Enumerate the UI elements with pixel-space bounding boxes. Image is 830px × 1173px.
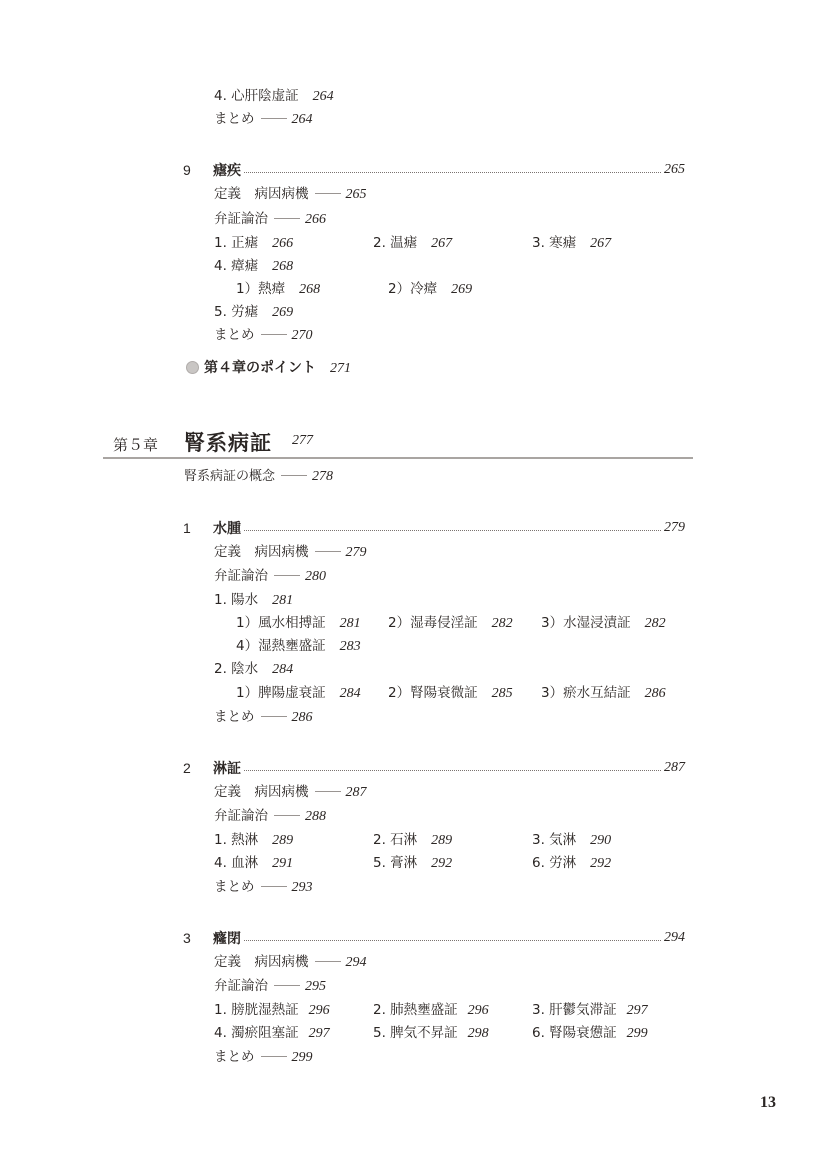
entry-label: 定義 病因病機 — [214, 954, 309, 970]
toc-entry[interactable]: 4. 心肝陰虚証264 — [214, 87, 334, 106]
dotted-leader — [244, 530, 661, 531]
entry-label: 3）瘀水互結証 — [541, 685, 631, 701]
entry-label: 4. 血淋 — [214, 855, 258, 871]
page-number: 278 — [312, 469, 333, 484]
toc-entry[interactable]: 弁証論治295 — [214, 977, 326, 996]
entry-label: 5. 労瘧 — [214, 304, 258, 320]
chapter-points-entry[interactable]: 第４章のポイント271 — [186, 358, 351, 378]
entry-label: 2）腎陽衰微証 — [388, 685, 478, 701]
page-number: 282 — [645, 616, 666, 631]
page-number: 265 — [346, 187, 367, 202]
toc-entry-summary[interactable]: まとめ293 — [214, 878, 313, 897]
folio-page-number: 13 — [760, 1094, 776, 1112]
dotted-leader — [244, 770, 661, 771]
entry-label: 1. 陽水 — [214, 592, 258, 608]
page-number: 284 — [272, 662, 293, 677]
entry-label: 2. 温瘧 — [373, 235, 417, 251]
toc-entry-summary[interactable]: まとめ270 — [214, 326, 313, 345]
entry-label: まとめ — [214, 709, 255, 725]
page-number: 269 — [451, 282, 472, 297]
leader-dash — [261, 886, 287, 887]
leader-dash — [274, 985, 300, 986]
toc-subentry[interactable]: 3）水湿浸漬証282 — [541, 614, 666, 633]
toc-entry[interactable]: 1. 陽水281 — [214, 591, 293, 610]
entry-label: 弁証論治 — [214, 568, 268, 584]
page-number: 294 — [664, 930, 685, 946]
entry-label: まとめ — [214, 327, 255, 343]
entry-label: 3. 気淋 — [532, 832, 576, 848]
page-number: 282 — [492, 616, 513, 631]
entry-label: 2）湿毒侵淫証 — [388, 615, 478, 631]
page-number: 289 — [272, 833, 293, 848]
toc-entry[interactable]: 3. 気淋290 — [532, 831, 611, 850]
page-number: 288 — [305, 809, 326, 824]
page-number: 297 — [627, 1003, 648, 1018]
entry-label: 3. 寒瘧 — [532, 235, 576, 251]
entry-label: 弁証論治 — [214, 808, 268, 824]
section-number: 3 — [183, 930, 213, 946]
toc-entry-summary[interactable]: まとめ286 — [214, 708, 313, 727]
entry-label: まとめ — [214, 111, 255, 127]
toc-entry[interactable]: 5. 脾気不昇証298 — [373, 1024, 489, 1043]
leader-dash — [274, 218, 300, 219]
leader-dash — [261, 1056, 287, 1057]
page-number: 280 — [305, 569, 326, 584]
section-number: 9 — [183, 162, 213, 178]
page-number: 267 — [590, 236, 611, 251]
entry-label: 2. 石淋 — [373, 832, 417, 848]
leader-dash — [315, 193, 341, 194]
toc-entry[interactable]: 定義 病因病機294 — [214, 953, 367, 972]
toc-entry[interactable]: 弁証論治288 — [214, 807, 326, 826]
chapter-label: 第５章 — [113, 434, 158, 455]
page-number: 294 — [346, 955, 367, 970]
entry-label: 4）湿熱壅盛証 — [236, 638, 326, 654]
toc-entry[interactable]: 2. 温瘧267 — [373, 234, 452, 253]
entry-label: 5. 膏淋 — [373, 855, 417, 871]
page-number: 284 — [340, 686, 361, 701]
page-number: 270 — [292, 328, 313, 343]
entry-label: 6. 腎陽衰憊証 — [532, 1025, 617, 1041]
toc-subentry[interactable]: 1）熱瘴268 — [236, 280, 320, 299]
entry-label: まとめ — [214, 879, 255, 895]
entry-label: 4. 心肝陰虚証 — [214, 88, 299, 104]
page-number: 285 — [492, 686, 513, 701]
toc-entry[interactable]: 4. 瘴瘧268 — [214, 257, 293, 276]
toc-entry-summary[interactable]: まとめ299 — [214, 1048, 313, 1067]
leader-dash — [274, 815, 300, 816]
entry-label: 2. 肺熱壅盛証 — [373, 1002, 458, 1018]
page-number: 292 — [431, 856, 452, 871]
section-title: 瘧疾 — [213, 160, 241, 180]
page-number: 287 — [664, 760, 685, 776]
section-title: 水腫 — [213, 518, 241, 538]
circle-bullet-icon — [186, 361, 199, 374]
toc-subentry[interactable]: 1）脾陽虚衰証284 — [236, 684, 361, 703]
page-number: 267 — [431, 236, 452, 251]
toc-entry[interactable]: 定義 病因病機265 — [214, 185, 367, 204]
page-number: 264 — [313, 89, 334, 104]
section-number: 1 — [183, 520, 213, 536]
section-heading[interactable]: 9 瘧疾 265 — [183, 161, 685, 179]
leader-dash — [261, 118, 287, 119]
page-number: 287 — [346, 785, 367, 800]
dotted-leader — [244, 172, 661, 173]
toc-entry-summary[interactable]: まとめ264 — [214, 110, 313, 129]
page-number: 296 — [468, 1003, 489, 1018]
page-number: 297 — [309, 1026, 330, 1041]
page-number: 289 — [431, 833, 452, 848]
page-number: 286 — [292, 710, 313, 725]
page-number: 279 — [346, 545, 367, 560]
page-number: 292 — [590, 856, 611, 871]
page-number: 279 — [664, 520, 685, 536]
page-number: 286 — [645, 686, 666, 701]
toc-subentry[interactable]: 2）冷瘴269 — [388, 280, 472, 299]
toc-entry[interactable]: 1. 正瘧266 — [214, 234, 293, 253]
leader-dash — [274, 575, 300, 576]
entry-label: 腎系病証の概念 — [184, 469, 275, 484]
entry-label: 1）熱瘴 — [236, 281, 285, 297]
page-number: 295 — [305, 979, 326, 994]
toc-entry[interactable]: 腎系病証の概念278 — [184, 468, 333, 486]
toc-subentry[interactable]: 3）瘀水互結証286 — [541, 684, 666, 703]
leader-dash — [281, 475, 307, 476]
entry-label: 弁証論治 — [214, 978, 268, 994]
page-number: 283 — [340, 639, 361, 654]
entry-label: 1. 熱淋 — [214, 832, 258, 848]
section-heading[interactable]: 1 水腫 279 — [183, 519, 685, 537]
page-number: 266 — [305, 212, 326, 227]
chapter-divider — [103, 457, 693, 459]
page-number: 268 — [299, 282, 320, 297]
entry-label: 2. 陰水 — [214, 661, 258, 677]
toc-subentry[interactable]: 4）湿熱壅盛証283 — [236, 637, 361, 656]
entry-label: 1）風水相搏証 — [236, 615, 326, 631]
toc-entry[interactable]: 弁証論治266 — [214, 210, 326, 229]
page-number: 298 — [468, 1026, 489, 1041]
page-number: 271 — [330, 361, 351, 376]
entry-label: 2）冷瘴 — [388, 281, 437, 297]
toc-entry[interactable]: 3. 寒瘧267 — [532, 234, 611, 253]
page-number: 264 — [292, 112, 313, 127]
section-heading[interactable]: 3 癃閉 294 — [183, 929, 685, 947]
chapter-title[interactable]: 腎系病証 — [184, 427, 272, 457]
toc-entry[interactable]: 2. 肺熱壅盛証296 — [373, 1001, 489, 1020]
entry-label: 3）水湿浸漬証 — [541, 615, 631, 631]
entry-label: 定義 病因病機 — [214, 784, 309, 800]
toc-subentry[interactable]: 2）腎陽衰微証285 — [388, 684, 513, 703]
page-number: 281 — [272, 593, 293, 608]
leader-dash — [261, 334, 287, 335]
page-number: 290 — [590, 833, 611, 848]
entry-label: 第４章のポイント — [204, 359, 316, 375]
toc-entry[interactable]: 弁証論治280 — [214, 567, 326, 586]
toc-entry[interactable]: 1. 膀胱湿熱証296 — [214, 1001, 330, 1020]
toc-page: 4. 心肝陰虚証264 まとめ264 9 瘧疾 265 定義 病因病機265 弁… — [0, 0, 830, 1173]
toc-entry[interactable]: 定義 病因病機279 — [214, 543, 367, 562]
toc-subentry[interactable]: 2）湿毒侵淫証282 — [388, 614, 513, 633]
entry-label: まとめ — [214, 1049, 255, 1065]
entry-label: 6. 労淋 — [532, 855, 576, 871]
entry-label: 5. 脾気不昇証 — [373, 1025, 458, 1041]
chapter-page-number: 277 — [292, 433, 313, 449]
page-number: 296 — [309, 1003, 330, 1018]
toc-entry[interactable]: 6. 労淋292 — [532, 854, 611, 873]
page-number: 293 — [292, 880, 313, 895]
section-title: 癃閉 — [213, 928, 241, 948]
entry-label: 1. 正瘧 — [214, 235, 258, 251]
leader-dash — [315, 961, 341, 962]
section-title: 淋証 — [213, 758, 241, 778]
toc-entry[interactable]: 4. 血淋291 — [214, 854, 293, 873]
leader-dash — [261, 716, 287, 717]
toc-entry[interactable]: 6. 腎陽衰憊証299 — [532, 1024, 648, 1043]
section-number: 2 — [183, 760, 213, 776]
page-number: 269 — [272, 305, 293, 320]
page-number: 281 — [340, 616, 361, 631]
page-number: 299 — [292, 1050, 313, 1065]
entry-label: 1. 膀胱湿熱証 — [214, 1002, 299, 1018]
toc-entry[interactable]: 1. 熱淋289 — [214, 831, 293, 850]
leader-dash — [315, 791, 341, 792]
section-heading[interactable]: 2 淋証 287 — [183, 759, 685, 777]
toc-entry[interactable]: 2. 陰水284 — [214, 660, 293, 679]
dotted-leader — [244, 940, 661, 941]
page-number: 266 — [272, 236, 293, 251]
toc-entry[interactable]: 2. 石淋289 — [373, 831, 452, 850]
page-number: 268 — [272, 259, 293, 274]
page-number: 265 — [664, 162, 685, 178]
entry-label: 4. 瘴瘧 — [214, 258, 258, 274]
entry-label: 弁証論治 — [214, 211, 268, 227]
toc-entry[interactable]: 5. 膏淋292 — [373, 854, 452, 873]
entry-label: 4. 濁瘀阻塞証 — [214, 1025, 299, 1041]
page-number: 291 — [272, 856, 293, 871]
toc-subentry[interactable]: 1）風水相搏証281 — [236, 614, 361, 633]
entry-label: 定義 病因病機 — [214, 544, 309, 560]
page-number: 299 — [627, 1026, 648, 1041]
leader-dash — [315, 551, 341, 552]
entry-label: 1）脾陽虚衰証 — [236, 685, 326, 701]
toc-entry[interactable]: 5. 労瘧269 — [214, 303, 293, 322]
toc-entry[interactable]: 定義 病因病機287 — [214, 783, 367, 802]
toc-entry[interactable]: 3. 肝鬱気滞証297 — [532, 1001, 648, 1020]
entry-label: 定義 病因病機 — [214, 186, 309, 202]
entry-label: 3. 肝鬱気滞証 — [532, 1002, 617, 1018]
toc-entry[interactable]: 4. 濁瘀阻塞証297 — [214, 1024, 330, 1043]
